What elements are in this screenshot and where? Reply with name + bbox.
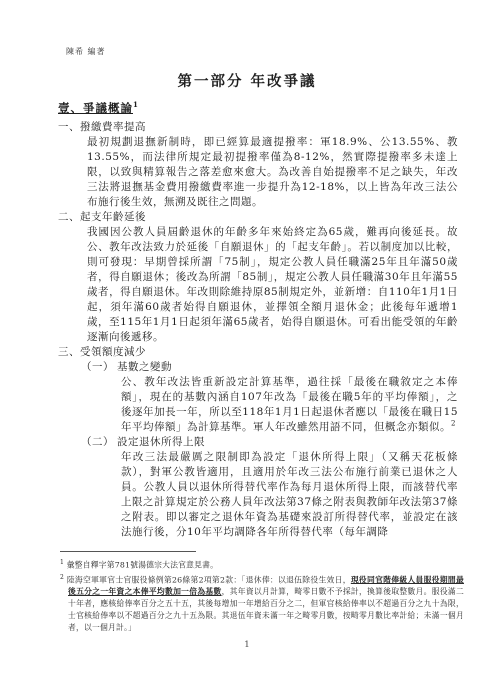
section-3-label: 三、 [58,346,80,358]
footnote-2-marker: 2 [60,574,64,581]
subsection-3-2-title-row: （二）設定退休所得上限 [81,435,458,450]
page-title: 第一部分 年改爭議 [0,70,494,91]
section-2-title: 起支年齡延後 [80,211,146,223]
section-1-paragraph: 最初規劃退撫新制時，即已經算最適提撥率：軍18.9%、公13.55%、教13.5… [87,135,458,210]
section-2-title-row: 二、起支年齡延後 [58,210,458,225]
author-line: 陳希 編著 [66,46,106,57]
subsection-3-2-title: 設定退休所得上限 [117,436,205,448]
subsection-3-2-paragraph: 年改三法最嚴厲之限制即為設定「退休所得上限」（又稱天花板條款），對軍公教皆適用，… [121,450,458,540]
footnote-ref-2: 2 [451,420,456,428]
section-2-label: 二、 [58,211,80,223]
subsection-3-1-label: （一） [81,361,114,373]
page-number: 1 [0,640,494,650]
subsection-3-2-label: （二） [81,436,114,448]
section-2: 二、起支年齡延後 我國因公教人員屆齡退休的年齡多年來始終定為65歲，難再向後延長… [58,210,458,345]
section-2-paragraph: 我國因公教人員屆齡退休的年齡多年來始終定為65歲，難再向後延長。故公、教年改法致… [87,225,458,345]
section-3: 三、受領額度減少 （一）基數之變動 公、教年改法皆重新設定計算基準，過往採「最後… [58,345,458,540]
footnote-2: 2 陸海空軍軍官士官服役條例第26條第2項第2款：「退休俸：以退伍除役生效日，現… [60,572,464,635]
footnote-ref-1: 1 [133,100,139,109]
footnote-1-marker: 1 [60,559,64,566]
footnote-2-text-pre: 陸海空軍軍官士官服役條例第26條第2項第2款：「退休俸：以退伍除役生效日， [67,575,351,584]
footnote-1-text: 彙整自釋字第781號湯德宗大法官意見書。 [67,561,218,570]
subsection-3-1-text: 公、教年改法皆重新設定計算基準，過往採「最後在職敘定之本俸額」，現在的基數內涵自… [121,376,458,433]
footnote-1: 1 彙整自釋字第781號湯德宗大法官意見書。 [60,557,464,572]
subsection-3-1: （一）基數之變動 公、教年改法皆重新設定計算基準，過往採「最後在職敘定之本俸額」… [81,360,458,435]
subsection-3-2: （二）設定退休所得上限 年改三法最嚴厲之限制即為設定「退休所得上限」（又稱天花板… [81,435,458,540]
footnote-separator [60,551,196,552]
section-3-title-row: 三、受領額度減少 [58,345,458,360]
subsection-3-1-title-row: （一）基數之變動 [81,360,458,375]
document-page: 陳希 編著 第一部分 年改爭議 壹、爭議概論1 一、撥繳費率提高 最初規劃退撫新… [0,0,494,700]
section-heading-text: 壹、爭議概論 [58,101,133,115]
section-1-label: 一、 [58,121,80,133]
section-1-title-row: 一、撥繳費率提高 [58,120,458,135]
subsection-3-1-title: 基數之變動 [117,361,172,373]
document-body: 壹、爭議概論1 一、撥繳費率提高 最初規劃退撫新制時，即已經算最適提撥率：軍18… [58,100,458,540]
footnotes-area: 1 彙整自釋字第781號湯德宗大法官意見書。 2 陸海空軍軍官士官服役條例第26… [60,551,464,634]
section-3-title: 受領額度減少 [80,346,146,358]
section-1-title: 撥繳費率提高 [80,121,146,133]
section-1: 一、撥繳費率提高 最初規劃退撫新制時，即已經算最適提撥率：軍18.9%、公13.… [58,120,458,210]
subsection-3-1-paragraph: 公、教年改法皆重新設定計算基準，過往採「最後在職敘定之本俸額」，現在的基數內涵自… [121,375,458,435]
section-heading-overview: 壹、爭議概論1 [58,100,458,116]
